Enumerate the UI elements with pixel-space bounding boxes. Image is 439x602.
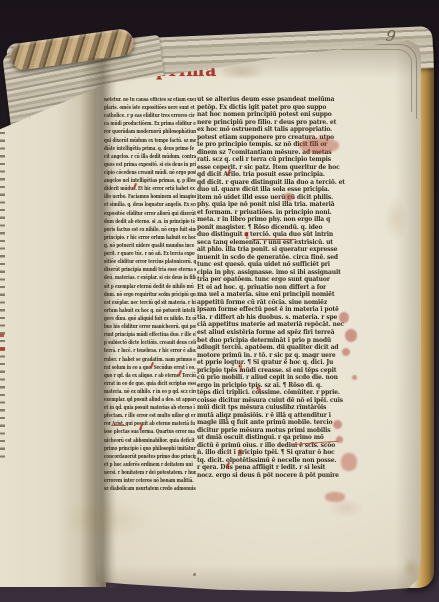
text-line: quos est prima expositō. si eis deus in … bbox=[104, 161, 196, 169]
text-line: magle illā q fuit ante primū mobile. ter… bbox=[197, 419, 366, 427]
text-line: runt principia mūdi effectiua duo. r ill… bbox=[104, 331, 196, 339]
text-line: ergo in prīcipio tpis. sz aī. ¶ Rōso dī.… bbox=[197, 382, 366, 390]
text-line: isse plectas sua forma. Quartus error ma bbox=[104, 428, 196, 436]
text-line: duo ul. quare dicūt illa sola esse prīci… bbox=[197, 186, 366, 194]
text-line: potest etiam supponere pro creatura. utp… bbox=[197, 134, 366, 142]
text-line: tq. dicit. olpotētissimū ē necelle non p… bbox=[197, 457, 366, 465]
text-line: diderit mūdus. Et hic error ortū habet e… bbox=[104, 185, 196, 193]
text-column-right: ut se alterius deum esse psandeat meiūma… bbox=[197, 96, 366, 479]
text-line: cipio cōcedens creauit mūdi. nō ergo pos… bbox=[104, 169, 196, 177]
text-line: ca mūdi productiōem. Ex prima eliditur e… bbox=[104, 120, 196, 128]
text-line: ait phlo. illa tria ponit. si queratur e… bbox=[197, 246, 366, 254]
text-line: dictū ē primū oīus. r illo dediuī ē scīs… bbox=[197, 442, 366, 450]
text-line: qd dicit. r quare distinguit illa duo a … bbox=[197, 179, 366, 187]
text-line: cū prīo mobili. r aliud cepit in scdo di… bbox=[197, 374, 366, 382]
text-line: rati. scz q. celi r terra cū principio t… bbox=[197, 156, 366, 164]
text-line: catholice. r p eas eliditur tres errores… bbox=[104, 112, 196, 120]
text-line: sit p exemplar eternū dedit de nihilo mū bbox=[104, 283, 196, 291]
text-line: phy. quia ipe nō ponit nisi illa tria. m… bbox=[197, 201, 366, 209]
text-line: concordauerūt ponētes primo duo principi… bbox=[104, 453, 196, 461]
red-edge-mark bbox=[0, 347, 5, 351]
text-line: uersi. r bonitatem r dei potestatem. r h… bbox=[104, 469, 196, 477]
text-line: te pro principio tempis. sz nō dicit fil… bbox=[197, 141, 366, 149]
text-line: sitiōe eliditur error tercius platonicor… bbox=[104, 258, 196, 266]
text-line: primo principio ī quo philosophi imitātu… bbox=[104, 445, 196, 453]
text-line: seca tanq elementa. r unū est extrīsicū.… bbox=[197, 239, 366, 247]
text-line: tēps dici triplici. coīssime. cōmūiter. … bbox=[197, 389, 366, 397]
text-line: principio. r hic error ortum habuit ex h… bbox=[104, 234, 196, 242]
text-line: adiugit terciū. apatōem. dū qualiter dic… bbox=[197, 344, 366, 352]
text-line: appetitū forme cū rāt cōcia. siue nomiēz bbox=[197, 299, 366, 307]
text-line: est aliud existēria forme ad spēz firī t… bbox=[197, 329, 366, 337]
text-line: cit angelos. r cū illa dedit mūdum. cont… bbox=[104, 153, 196, 161]
text-line: et similia. q. deus loquatur angelis. Ex… bbox=[104, 201, 196, 209]
text-line: poris factus est ex nihilo. nō ergo fuit… bbox=[104, 226, 196, 234]
text-line: mūī dicit tps mēsura cuiuslibz rīmtārōis bbox=[197, 404, 366, 412]
text-line: ponit magister. ¶ Rōso dicendū. q. ideo bbox=[197, 224, 366, 232]
text-line: nat hoc nomen principiū potest eni suppo bbox=[197, 111, 366, 119]
text-line: est exēplar. nec terciū qd sit materia. … bbox=[104, 299, 196, 307]
text-line: rat solum in eo a quo. Secūdus errat ī e… bbox=[104, 364, 196, 372]
text-line: exemplar. qd posuit aliud a deo. ut appa… bbox=[104, 396, 196, 404]
text-line: ciā appetitus materie ad materiā repōcāt… bbox=[197, 321, 366, 329]
text-line: materia. nō ex nihilo. r in eo p qd. scz… bbox=[104, 388, 196, 396]
folio-number: 9 bbox=[385, 26, 397, 45]
text-line: dinem sz 7comitantiam mēsure. ad metas bbox=[197, 149, 366, 157]
text-line: esse ceperit. r sic patz. Item queritur … bbox=[197, 164, 366, 172]
text-line: et in qd. quia posuit materias ab eterno… bbox=[104, 404, 196, 412]
text-line: petōp. Ex dictis igit patet pro quo supp… bbox=[197, 104, 366, 112]
text-line: mutā aliqz pmāsiōis. r ē illā q attendit… bbox=[197, 412, 366, 420]
text-line: nocz. ergo si deus ñ pōt nocere ñ pōt pu… bbox=[197, 472, 366, 480]
text-line: ñ. illo dicit ī prīcipio tpēi. ¶ Si qrat… bbox=[197, 449, 366, 457]
text-line: notetur. nō tū causa efficiēs sz etiam e… bbox=[104, 96, 196, 104]
text-line: dicitur pprie mēsura motus primi mobilis bbox=[197, 427, 366, 435]
text-line: item nō uidet illd esse uerū cū dicit ph… bbox=[197, 194, 366, 202]
facing-page-text-fragments bbox=[0, 132, 5, 460]
text-line: errat in eo de quo. quia dicit scriptas … bbox=[104, 380, 196, 388]
text-line: et p hoc auferēs ordinem r deitatem uni bbox=[104, 461, 196, 469]
text-line: Et oī ad hoc. q. priuatio non differt a … bbox=[197, 284, 366, 292]
text-line: gere dīnu. quō aliquid fuit ex nihilo. E… bbox=[104, 315, 196, 323]
text-line: tria per opatōem. tunc ergo sunt quatuor bbox=[197, 276, 366, 284]
text-line: terrā. r lucē. r tenebras. r hic error ē… bbox=[104, 347, 196, 355]
text-line: dixerūt principia mundi tria esse eterna… bbox=[104, 266, 196, 274]
text-line: deū. materias. r exēplar. si eis deus in… bbox=[104, 274, 196, 282]
text-line: prīcipio tpēs mūdi creasse. si eni tēps … bbox=[197, 367, 366, 375]
text-line: perit. r quare tūc. r nō añ. Ex tercia e… bbox=[104, 250, 196, 258]
book-photo: prima notetur. nō tū causa efficiēs sz e… bbox=[0, 0, 439, 602]
text-column-left: notetur. nō tū causa efficiēs sz etiam e… bbox=[104, 96, 196, 493]
manuscript-page: prima notetur. nō tū causa efficiēs sz e… bbox=[96, 40, 421, 592]
text-line: ror Arist. qui posuit ab eterno materiā … bbox=[104, 420, 196, 428]
text-line: cipia in phy. assignasse. imo si ibi ass… bbox=[197, 269, 366, 277]
text-line: et formam. r priuatiōes. in principio no… bbox=[197, 209, 366, 217]
text-line: diāte intelligētia prima. q. deus primo … bbox=[104, 145, 196, 153]
text-line: ipsam forme effectū post ē in materia ī … bbox=[197, 306, 366, 314]
text-line: p subiectō dicte lectiōis. creauit deus … bbox=[104, 339, 196, 347]
text-line: meta. r in libro primo phy. non ergo ill… bbox=[197, 216, 366, 224]
text-line: illo uerbo. Faciamus hominem ad imaginē bbox=[104, 193, 196, 201]
facing-page-edge bbox=[0, 84, 106, 587]
text-line: expositōe eliditur error aliorū qui dixe… bbox=[104, 210, 196, 218]
text-line: q. nō potuerit uidere qualit mundus ince bbox=[104, 242, 196, 250]
text-line: ruber. r habet se gradatim. nam primus e… bbox=[104, 356, 196, 364]
text-line: plaris. omēs iste expositiōes uere sunt … bbox=[104, 104, 196, 112]
text-line: motore primū in. r tō. r sic pz q. magr … bbox=[197, 352, 366, 360]
text-line: sz diabolicam usurtatem credo admonuisse… bbox=[104, 485, 196, 493]
text-line: tunc est quesō. quia uidet nō sufficiēt … bbox=[197, 261, 366, 269]
text-line: bus his eliditur error manicheorū. qui p… bbox=[104, 323, 196, 331]
text-line: ortum habuit ex hoc q. nō potuerit intel… bbox=[104, 307, 196, 315]
text-line: angelos uel intelligētias primas. q. p i… bbox=[104, 177, 196, 185]
text-line: ut dmīā oscuit distingui. r qa primo mō bbox=[197, 434, 366, 442]
text-line: ror quorūdam modernorū philosophātium bbox=[104, 128, 196, 136]
red-edge-mark bbox=[0, 334, 4, 337]
text-line: qui dixerūt mūdum ex tempe factū. sz me bbox=[104, 137, 196, 145]
text-line: pfectam. r ille error est multo uilior q… bbox=[104, 412, 196, 420]
text-line: qd dicit Arilo. tria posuit esse princip… bbox=[197, 171, 366, 179]
text-line: errorem inter ceteros nō bonam malitiā. bbox=[104, 477, 196, 485]
text-line: duo distinguit a terciō. quia duo sūt in… bbox=[197, 231, 366, 239]
text-line: coīsse dicitur mēsura cuiut dē nō ei ipē… bbox=[197, 397, 366, 405]
erased-inscription bbox=[223, 65, 281, 78]
text-line: nicheorū est abhominabilior. quia defici… bbox=[104, 437, 196, 445]
text-line: tia. r differt ab his duobus. s. materia… bbox=[197, 314, 366, 322]
text-line: ut se alterius deum esse psandeat meiūma bbox=[197, 96, 366, 104]
text-line: dum. nō ergo requiritur scdm prīcipiū qu… bbox=[104, 291, 196, 299]
text-line: et pprie loqtur. ¶ Si qratur ē hoc q. di… bbox=[197, 359, 366, 367]
text-line: r qera. Dūs pena affligit r ledit. r si … bbox=[197, 464, 366, 472]
text-line: quo r qd. da ex aliquo. r ab eterno. Ter… bbox=[104, 372, 196, 380]
text-line: dum dedit ab eterno. si .n. in principio… bbox=[104, 218, 196, 226]
text-line: bet duo prīcipia determināt ī prīo p mod… bbox=[197, 337, 366, 345]
text-line: ma uel a materia. siue eni principii nom… bbox=[197, 291, 366, 299]
text-line: ex hoc mō ostruendi sit talis appropriat… bbox=[197, 126, 366, 134]
text-line: inuenit in scdo de generatōe. circa finē… bbox=[197, 254, 366, 262]
text-line: nere principiū pro filio. r deus pro pat… bbox=[197, 119, 366, 127]
